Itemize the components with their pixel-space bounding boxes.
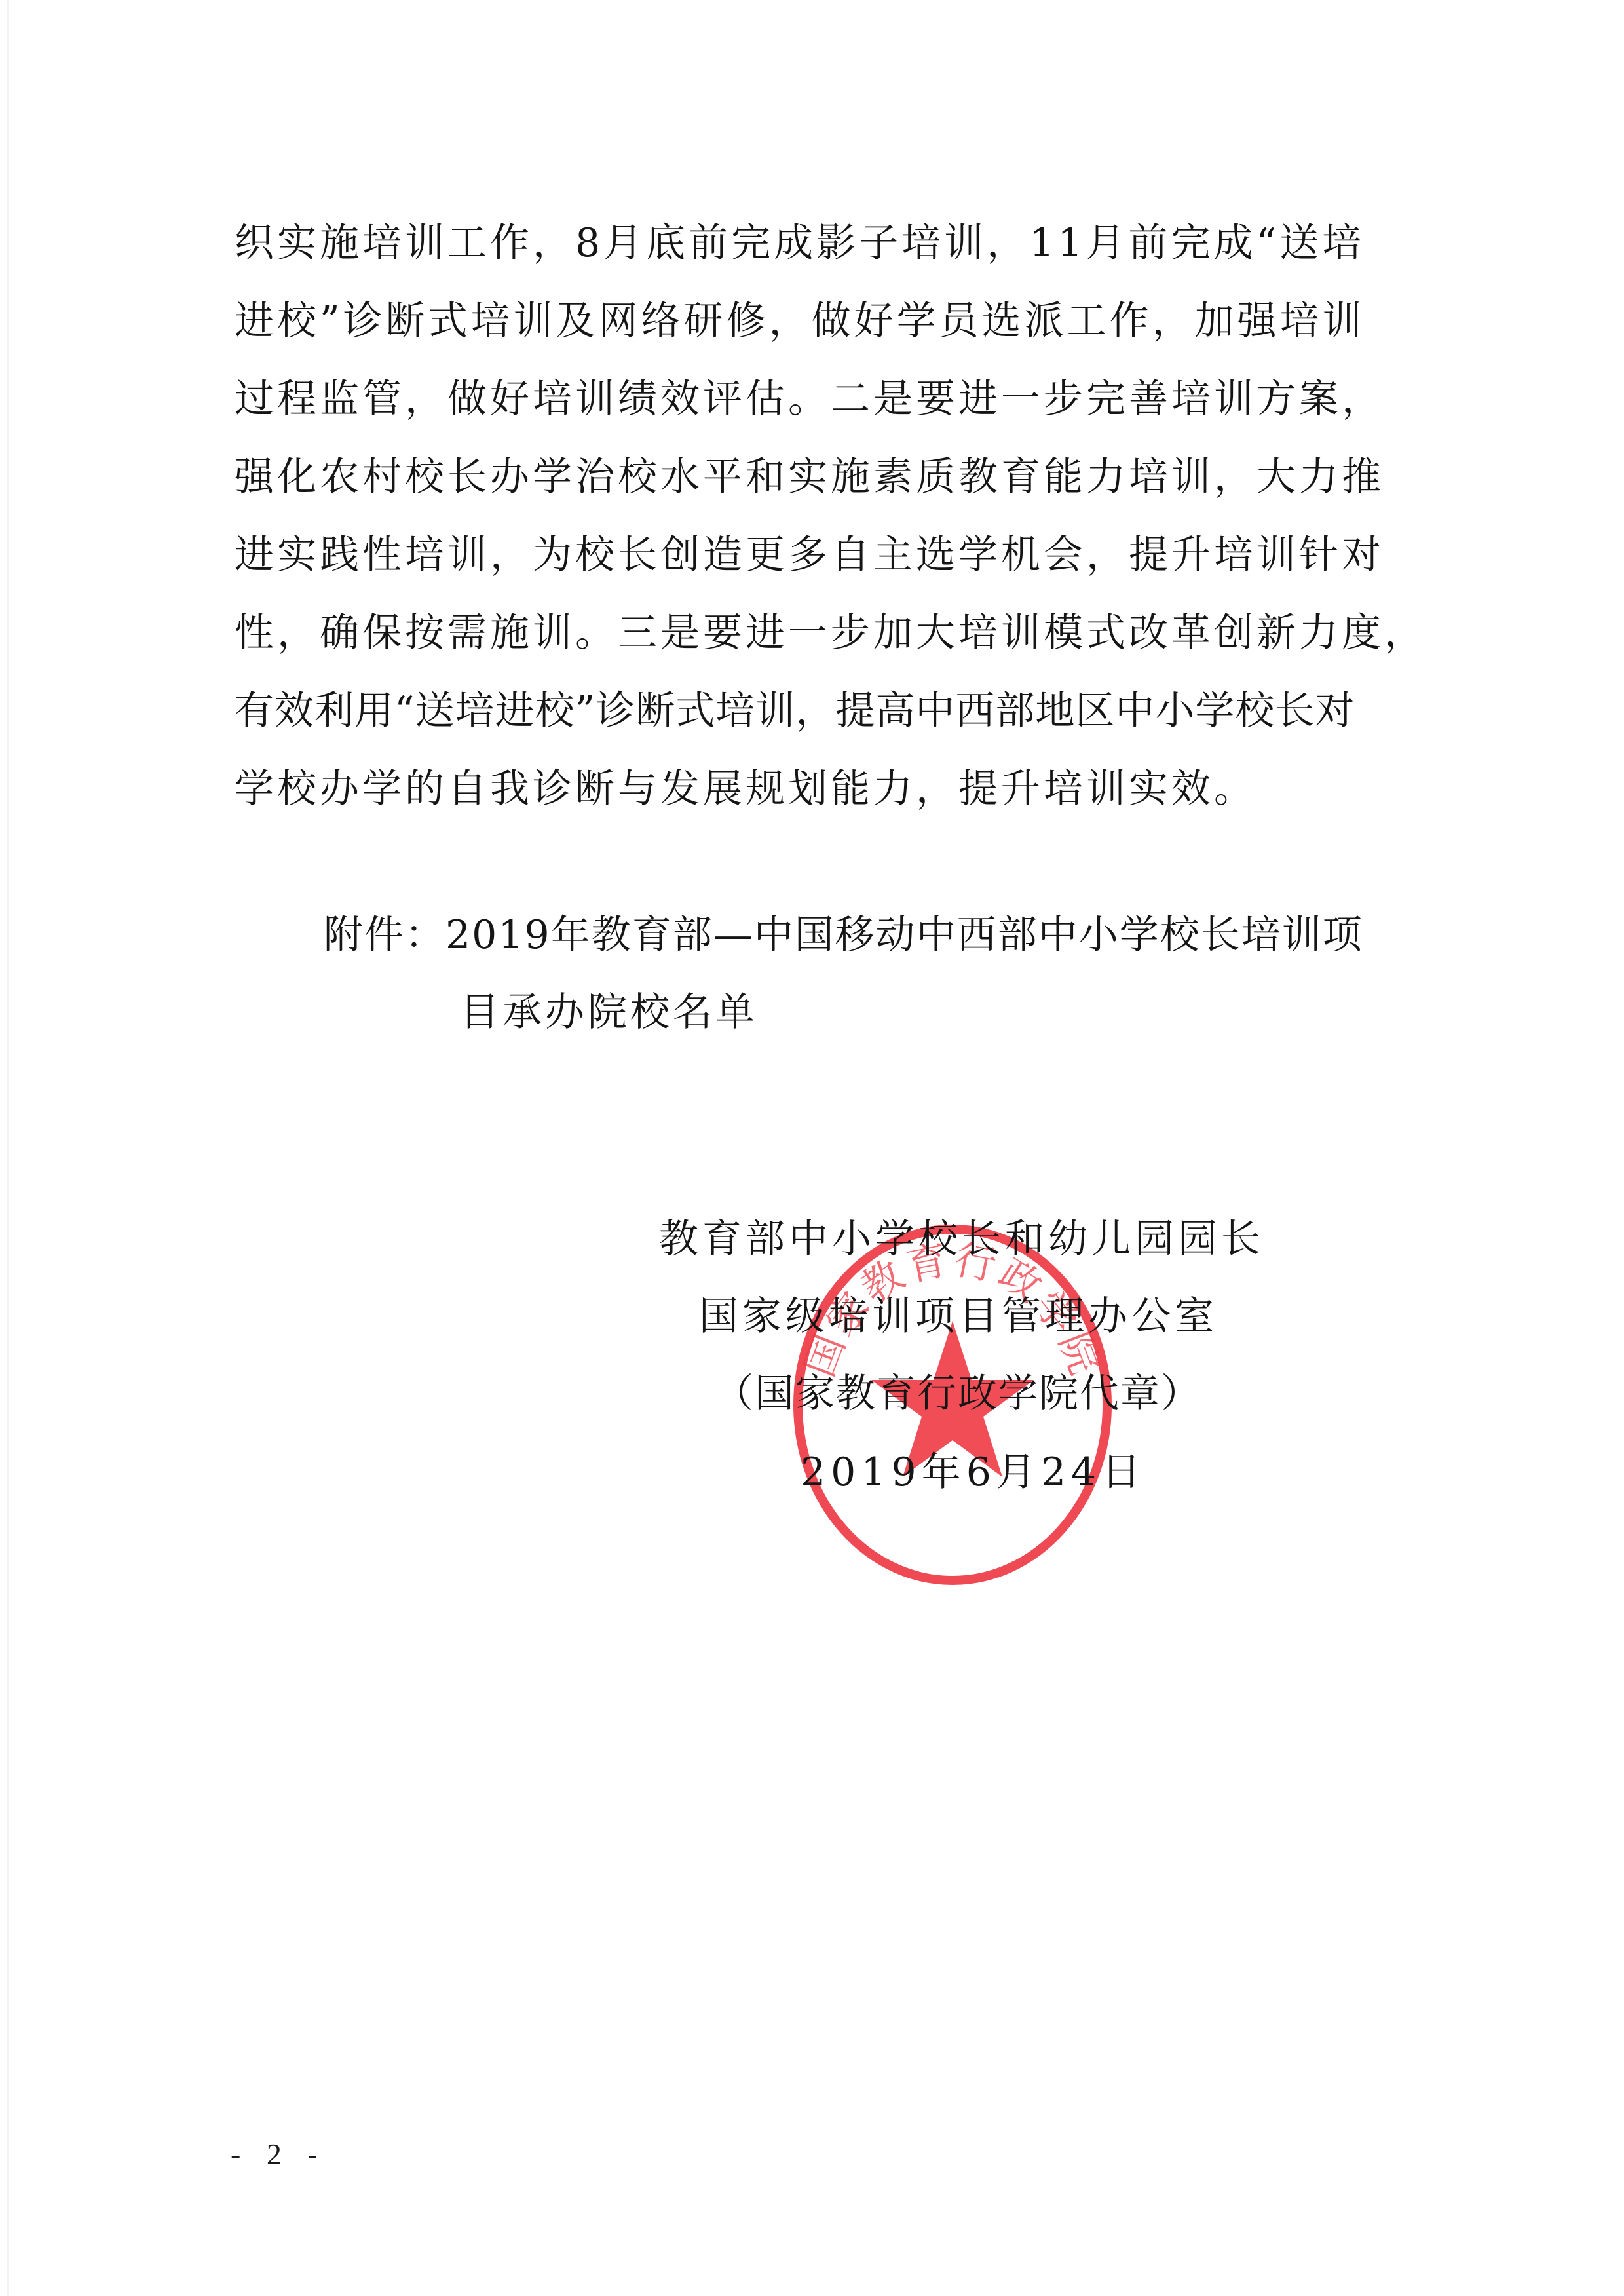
page-number: - 2 - — [231, 2135, 327, 2174]
body-line: 学校办学的自我诊断与发展规划能力，提升培训实效。 — [235, 766, 1256, 812]
signature-date: 2019年6月24日 — [801, 1449, 1146, 1495]
attachment-line-2: 目承办院校名单 — [460, 989, 758, 1035]
attachment-line-1: 附件：2019年教育部—中国移动中西部中小学校长培训项 — [324, 912, 1363, 958]
body-line: 进实践性培训，为校长创造更多自主选学机会，提升培训针对 — [235, 532, 1384, 578]
body-line: 性，确保按需施训。三是要进一步加大培训模式改革创新力度， — [235, 610, 1427, 656]
body-line: 织实施培训工作，8月底前完成影子培训，11月前完成“送培 — [235, 220, 1365, 266]
signature-org-line-2: 国家级培训项目管理办公室 — [699, 1293, 1218, 1339]
body-line: 强化农村校长办学治校水平和实施素质教育能力培训，大力推 — [235, 454, 1384, 500]
signature-org-line-1: 教育部中小学校长和幼儿园园长 — [659, 1216, 1264, 1262]
body-line: 有效利用“送培进校”诊断式培训，提高中西部地区中小学校长对 — [235, 688, 1355, 734]
signature-org-line-3: （国家教育行政学院代章） — [714, 1371, 1201, 1417]
body-line: 过程监管，做好培训绩效评估。二是要进一步完善培训方案， — [235, 376, 1384, 422]
scan-edge — [7, 0, 9, 2296]
body-line: 进校”诊断式培训及网络研修，做好学员选派工作，加强培训 — [235, 298, 1365, 344]
